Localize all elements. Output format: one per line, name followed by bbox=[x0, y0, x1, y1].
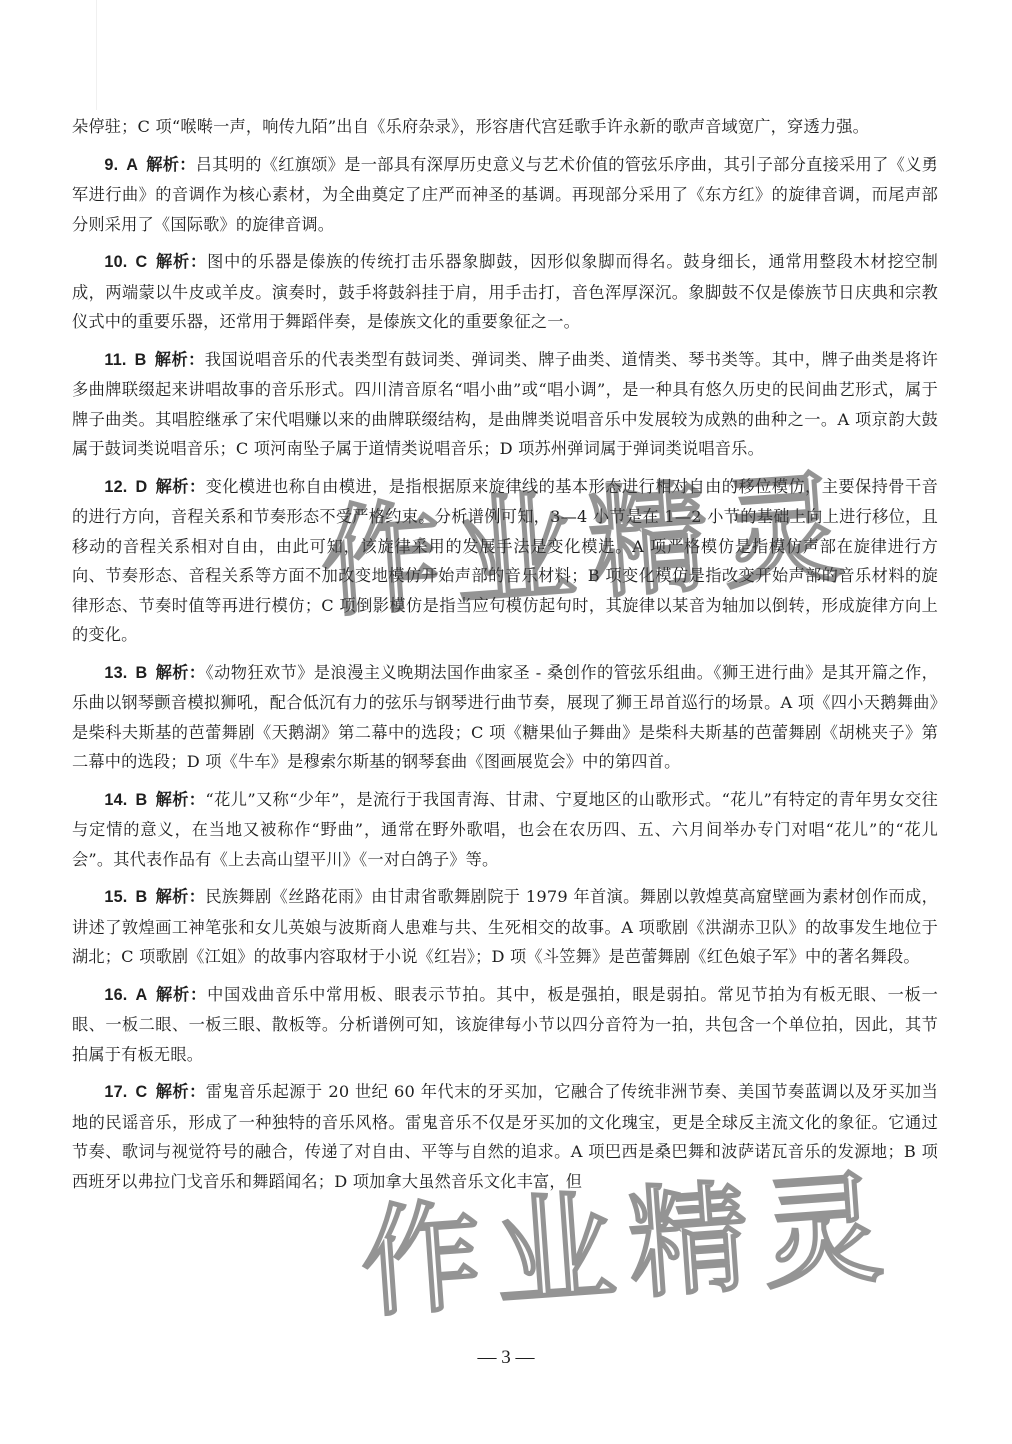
item-answer: A bbox=[126, 156, 138, 174]
item-number: 10. bbox=[104, 253, 127, 271]
page-number: — 3 — bbox=[0, 1347, 1012, 1369]
answer-item-15: 15.B解析：民族舞剧《丝路花雨》由甘肃省歌舞剧院于 1979 年首演。舞剧以敦… bbox=[72, 882, 938, 972]
item-answer: C bbox=[136, 253, 148, 271]
analysis-label: 解析： bbox=[155, 790, 205, 809]
analysis-label: 解析： bbox=[155, 887, 205, 906]
analysis-label: 解析： bbox=[155, 477, 205, 496]
analysis-label: 解析： bbox=[155, 985, 207, 1004]
answer-item-16: 16.A解析：中国戏曲音乐中常用板、眼表示节拍。其中，板是强拍，眼是弱拍。常见节… bbox=[72, 980, 938, 1070]
answer-item-17: 17.C解析：雷鬼音乐起源于 20 世纪 60 年代末的牙买加，它融合了传统非洲… bbox=[72, 1077, 938, 1196]
item-answer: B bbox=[136, 888, 148, 906]
item-answer: A bbox=[136, 986, 148, 1004]
answer-explanations: 朵停驻；C 项“喉啭一声，响传九陌”出自《乐府杂录》，形容唐代宫廷歌手许永新的歌… bbox=[72, 112, 938, 1204]
item-number: 14. bbox=[104, 791, 127, 809]
answer-item-12: 12.D解析：变化模进也称自由模进，是指根据原来旋律线的基本形态进行相对自由的移… bbox=[72, 472, 938, 650]
item-number: 9. bbox=[104, 156, 118, 174]
analysis-label: 解析： bbox=[155, 663, 205, 682]
item-number: 11. bbox=[104, 351, 126, 369]
item-answer: C bbox=[136, 1083, 148, 1101]
item-answer: B bbox=[135, 351, 147, 369]
item-number: 15. bbox=[104, 888, 127, 906]
analysis-label: 解析： bbox=[155, 1082, 205, 1101]
item-text: 吕其明的《红旗颂》是一部具有深厚历史意义与艺术价值的管弦乐序曲，其引子部分直接采… bbox=[72, 155, 938, 234]
item-number: 17. bbox=[104, 1083, 127, 1101]
continuation-paragraph: 朵停驻；C 项“喉啭一声，响传九陌”出自《乐府杂录》，形容唐代宫廷歌手许永新的歌… bbox=[72, 112, 938, 142]
answer-item-10: 10.C解析：图中的乐器是傣族的传统打击乐器象脚鼓，因形似象脚而得名。鼓身细长，… bbox=[72, 247, 938, 337]
item-answer: D bbox=[136, 478, 148, 496]
item-text: 变化模进也称自由模进，是指根据原来旋律线的基本形态进行相对自由的移位模仿，主要保… bbox=[72, 477, 938, 645]
answer-item-14: 14.B解析：“花儿”又称“少年”，是流行于我国青海、甘肃、宁夏地区的山歌形式。… bbox=[72, 785, 938, 875]
analysis-label: 解析： bbox=[146, 155, 196, 174]
item-number: 12. bbox=[104, 478, 127, 496]
item-number: 16. bbox=[104, 986, 127, 1004]
answer-item-9: 9.A解析：吕其明的《红旗颂》是一部具有深厚历史意义与艺术价值的管弦乐序曲，其引… bbox=[72, 150, 938, 240]
item-answer: B bbox=[136, 664, 148, 682]
analysis-label: 解析： bbox=[155, 350, 205, 369]
scan-artifact-line bbox=[96, 0, 97, 110]
answer-item-11: 11.B解析：我国说唱音乐的代表类型有鼓词类、弹词类、牌子曲类、道情类、琴书类等… bbox=[72, 345, 938, 464]
item-answer: B bbox=[136, 791, 148, 809]
analysis-label: 解析： bbox=[155, 252, 207, 271]
item-number: 13. bbox=[104, 664, 127, 682]
answer-item-13: 13.B解析：《动物狂欢节》是浪漫主义晚期法国作曲家圣 - 桑创作的管弦乐组曲。… bbox=[72, 658, 938, 777]
